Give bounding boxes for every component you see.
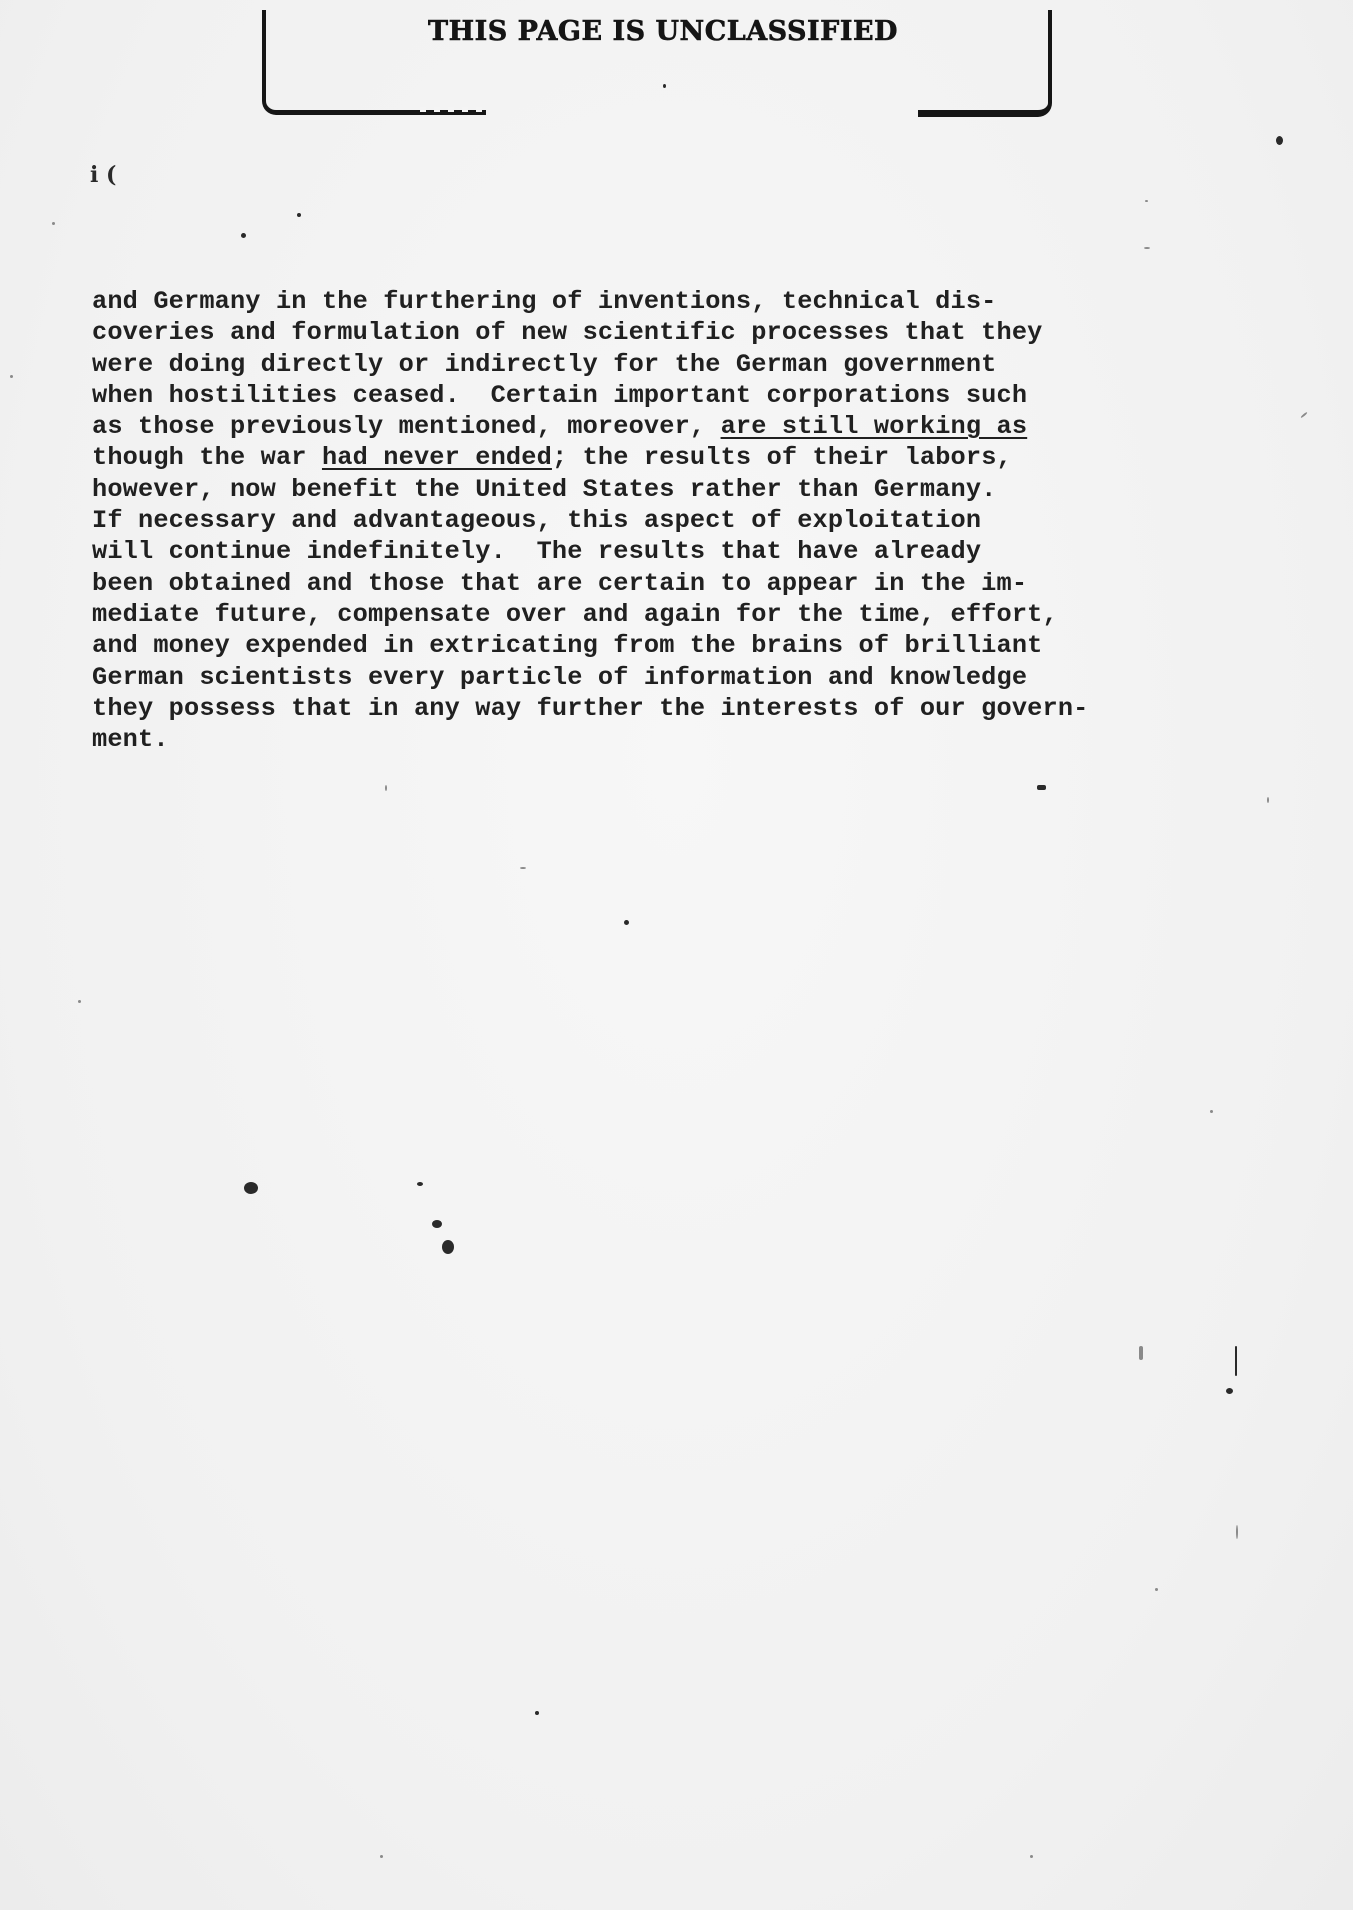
scan-speck [1037,785,1046,790]
scan-speck [297,213,301,217]
text-segment: as those previously mentioned, moreover, [92,412,721,441]
scan-speck [78,1000,81,1003]
scan-speck [1139,1346,1143,1360]
text-line: German scientists every particle of info… [92,662,1342,693]
scan-speck [417,1182,423,1186]
scan-speck [624,920,629,925]
scan-speck [442,1240,454,1254]
margin-mark: i ( [90,162,116,188]
scan-speck [1236,1525,1238,1539]
text-line: and money expended in extricating from t… [92,630,1342,661]
text-line-with-underline: as those previously mentioned, moreover,… [92,411,1342,442]
scan-speck [535,1711,539,1715]
document-page: THIS PAGE IS UNCLASSIFIED i ( and German… [0,0,1353,1910]
text-line: will continue indefinitely. The results … [92,536,1342,567]
text-line-with-underline: though the war had never ended; the resu… [92,442,1342,473]
scan-speck [1276,136,1283,145]
text-line: however, now benefit the United States r… [92,474,1342,505]
scan-speck [52,222,55,225]
scan-speck [1155,1588,1158,1591]
scan-speck [1267,797,1269,803]
scan-speck [1235,1346,1237,1376]
scan-speck [1145,200,1148,202]
text-segment: ; the results of their labors, [552,443,1012,472]
text-line: and Germany in the furthering of inventi… [92,286,1342,317]
scan-speck [1226,1388,1233,1394]
underlined-text: are still working as [721,412,1028,441]
scan-speck [520,867,526,869]
scan-speck [244,1182,258,1194]
text-line: coveries and formulation of new scientif… [92,317,1342,348]
text-line: were doing directly or indirectly for th… [92,349,1342,380]
text-line: If necessary and advantageous, this aspe… [92,505,1342,536]
scan-speck [380,1855,383,1858]
text-segment: though the war [92,443,322,472]
text-line: when hostilities ceased. Certain importa… [92,380,1342,411]
scan-speck [1030,1855,1033,1858]
scan-speck [241,233,246,238]
scan-speck [663,84,666,88]
scan-speck [1210,1110,1213,1113]
scan-speck [385,785,387,791]
classification-label: THIS PAGE IS UNCLASSIFIED [262,16,1052,47]
text-line: been obtained and those that are certain… [92,568,1342,599]
scan-speck [1144,247,1150,249]
scan-speck [10,375,13,378]
scan-speck [432,1220,442,1228]
text-line: mediate future, compensate over and agai… [92,599,1342,630]
text-line: they possess that in any way further the… [92,693,1342,724]
text-line: ment. [92,724,1342,755]
body-paragraph: and Germany in the furthering of inventi… [92,286,1342,755]
stamp-bracket-fade [412,107,482,112]
classification-stamp: THIS PAGE IS UNCLASSIFIED [262,6,1052,114]
underlined-text: had never ended [322,443,552,472]
